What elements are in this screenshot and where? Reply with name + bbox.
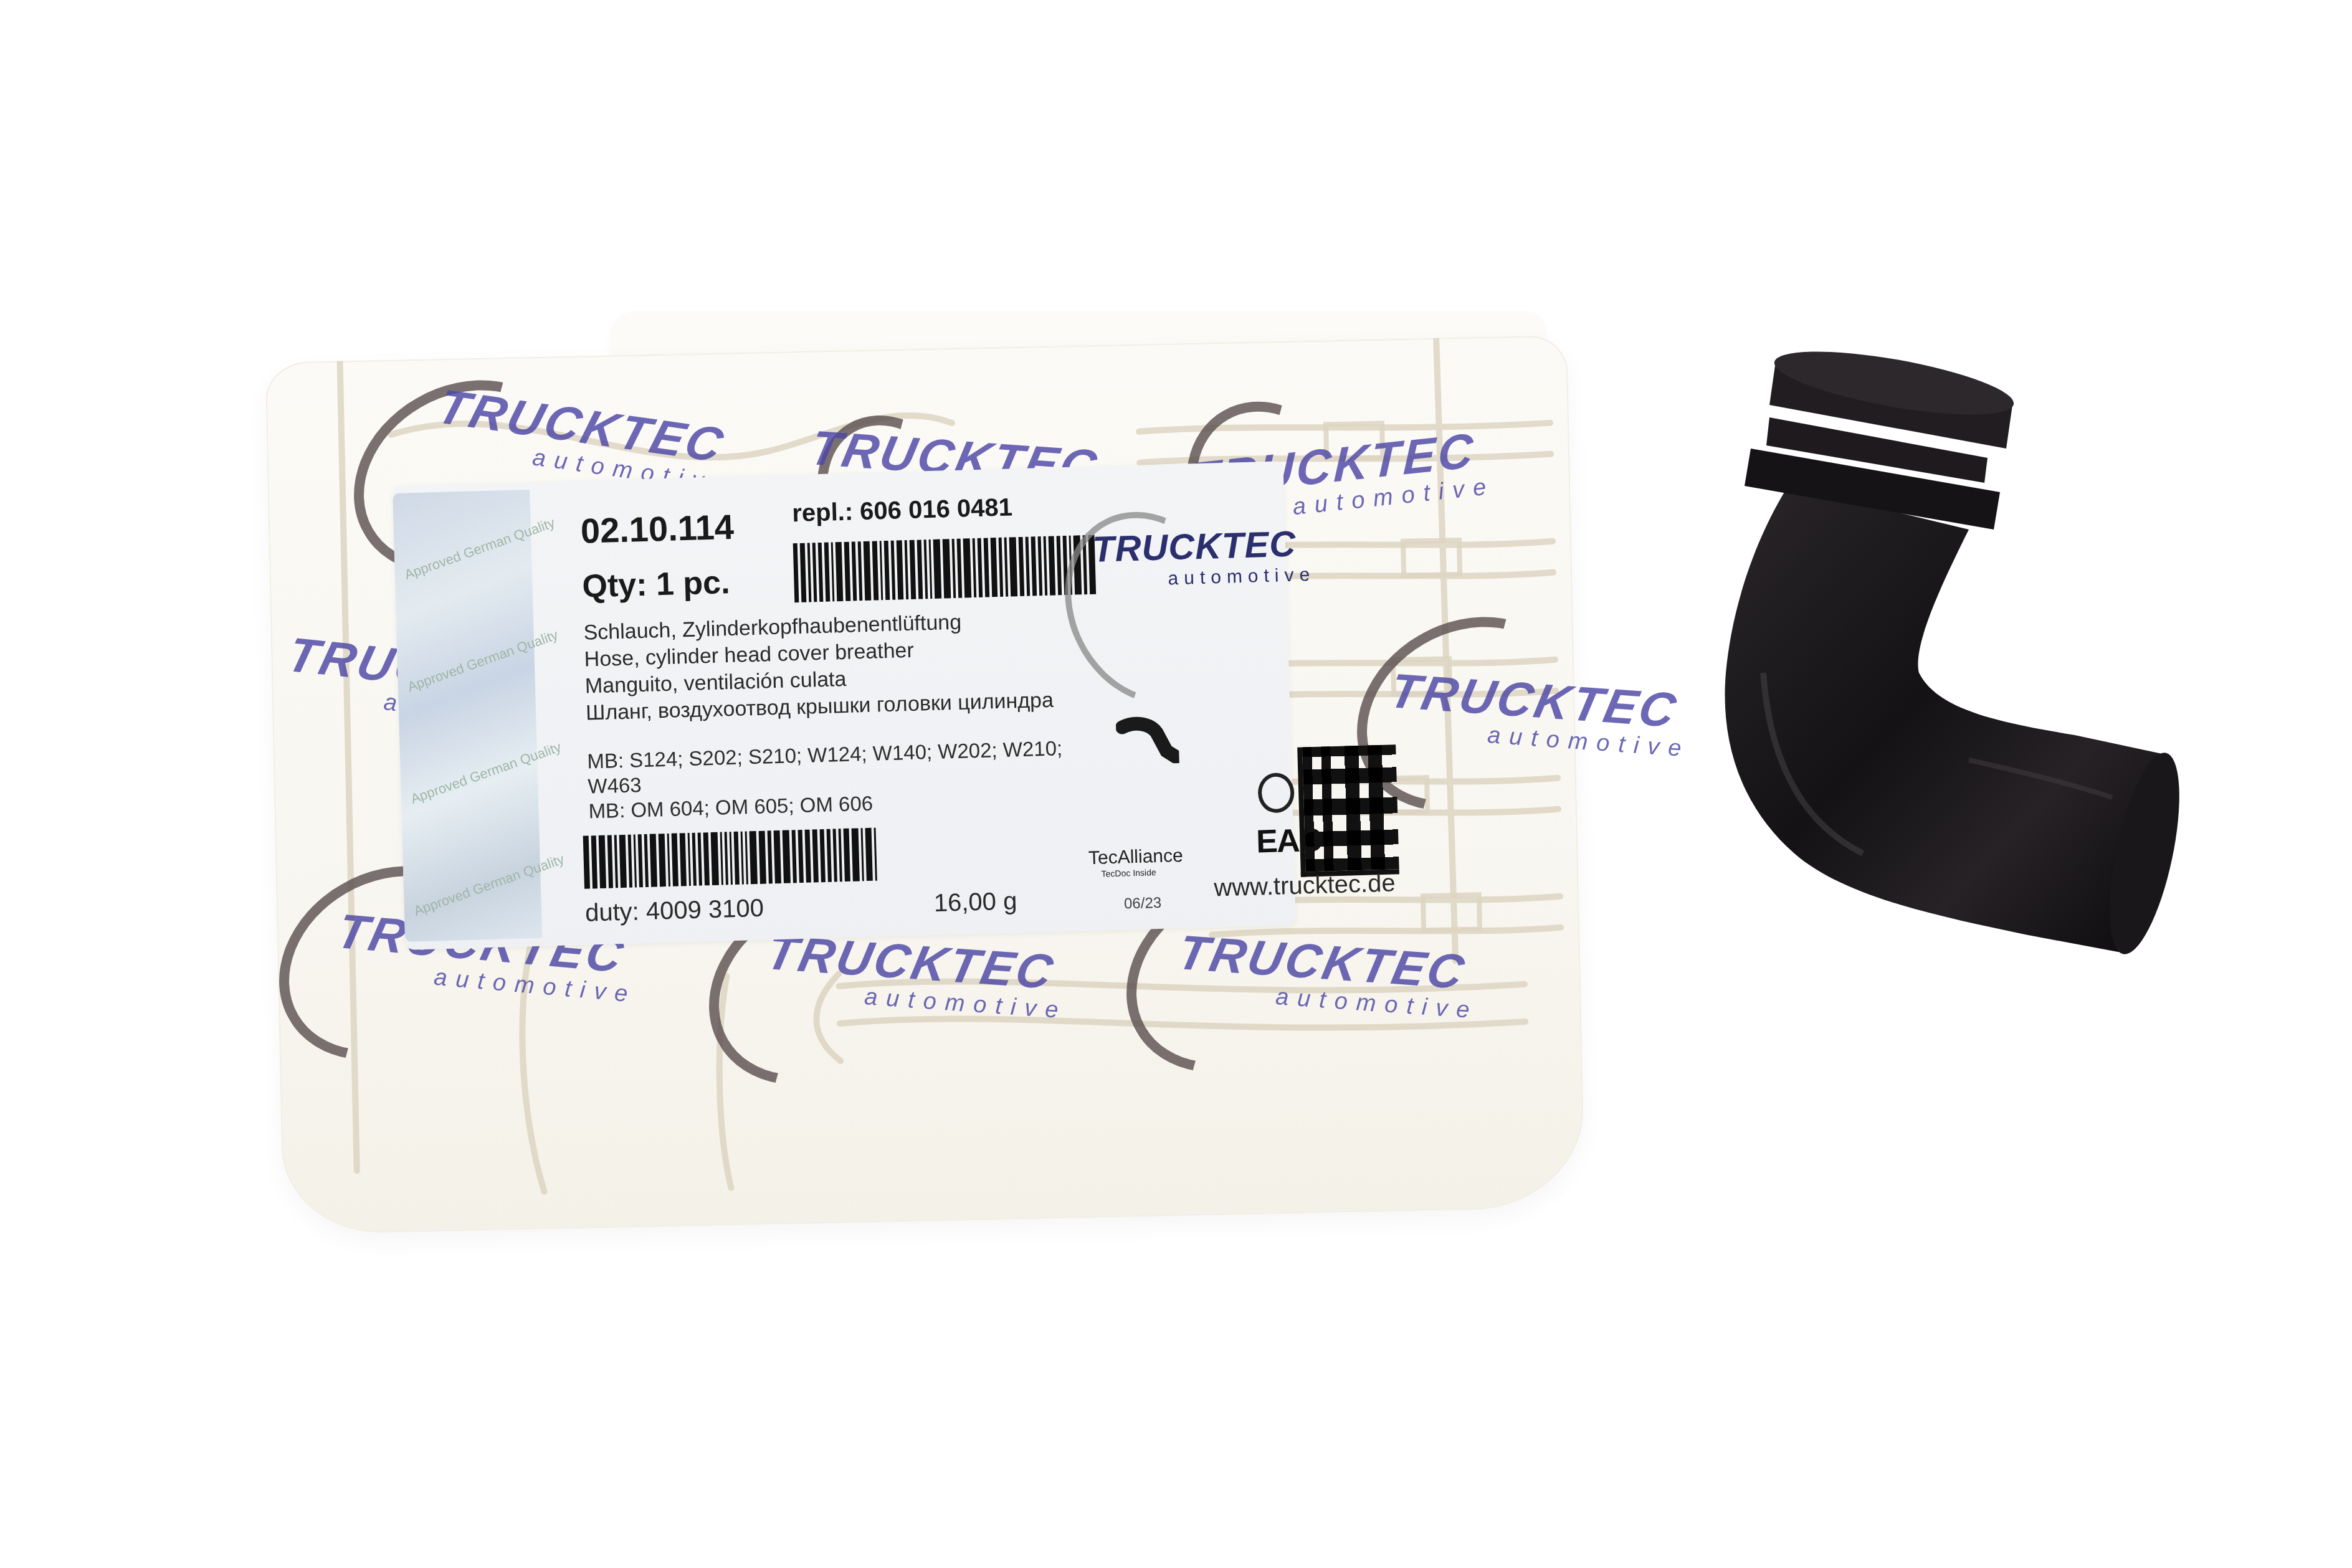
replacement-number: repl.: 606 016 0481: [792, 493, 1013, 528]
barcode-bar: [1009, 537, 1018, 596]
barcode-bar: [858, 541, 863, 601]
barcode-bar: [628, 835, 632, 888]
barcode-bar: [984, 538, 990, 597]
tecalliance-sub: TecDoc Inside: [1101, 867, 1183, 879]
barcode-bar: [659, 834, 666, 886]
barcode-bar: [864, 541, 872, 601]
barcode-bar: [812, 543, 817, 602]
barcode-bottom: [583, 828, 880, 889]
product-photo: TRUCKTEC automotive TRUCKTEC automotive …: [0, 0, 2352, 1568]
barcode-bar: [1004, 538, 1009, 597]
quantity: Qty: 1 pc.: [582, 564, 731, 606]
barcode-bar: [1049, 536, 1056, 595]
barcode-bar: [957, 539, 963, 598]
barcode-bar: [768, 830, 773, 883]
barcode-bar: [730, 832, 733, 885]
barcode-bar: [650, 834, 657, 887]
weight: 16,00 g: [933, 887, 1017, 918]
barcode-bar: [827, 829, 832, 882]
barcode-bar: [844, 542, 851, 601]
hologram-text: Approved German Quality: [402, 515, 557, 583]
tecalliance-logo: TecAlliance TecDoc Inside: [1088, 845, 1184, 879]
barcode-bar: [874, 828, 877, 881]
barcode-bar: [672, 834, 678, 886]
barcode-top: [793, 535, 1098, 603]
barcode-bar: [852, 541, 857, 601]
barcode-bar: [978, 538, 983, 597]
barcode-bar: [820, 829, 826, 882]
barcode-bar: [759, 831, 766, 884]
hologram-text: Approved German Quality: [412, 851, 566, 919]
barcode-bar: [917, 539, 923, 599]
tecalliance-name: TecAlliance: [1088, 845, 1184, 868]
certification-icon: [1257, 772, 1295, 814]
description-es: Manguito, ventilación culata: [584, 667, 847, 699]
barcode-bar: [1026, 537, 1031, 596]
barcode-bar: [774, 830, 781, 883]
barcode-bar: [692, 833, 697, 886]
fitment-vehicles: MB: S124; S202; S210; W124; W140; W202; …: [587, 736, 1063, 773]
barcode-bar: [734, 832, 740, 885]
barcode-bar: [818, 543, 824, 602]
barcode-bar: [607, 835, 613, 888]
brand-sub: automotive: [1168, 564, 1316, 590]
hologram-text: Approved German Quality: [409, 739, 563, 807]
barcode-bar: [599, 835, 606, 888]
barcode-bar: [880, 541, 883, 600]
barcode-bar: [1019, 537, 1025, 596]
barcode-bar: [831, 542, 835, 601]
barcode-bar: [614, 835, 618, 888]
barcode-bar: [793, 543, 799, 602]
barcode-bar: [839, 829, 842, 881]
part-thumbnail-icon: [1116, 713, 1179, 765]
barcode-bar: [929, 539, 933, 599]
barcode-bar: [619, 835, 627, 888]
barcode-bar: [865, 828, 873, 881]
barcode-bar: [667, 834, 670, 886]
barcode-bar: [1057, 536, 1062, 595]
barcode-bar: [973, 538, 977, 597]
brand-logo: TRUCKTEC automotive: [1092, 523, 1315, 592]
customs-code: duty: 4009 3100: [585, 895, 764, 928]
barcode-bar: [807, 543, 812, 602]
hologram-strip: Approved German Quality Approved German …: [393, 490, 542, 942]
barcode-bar: [836, 542, 844, 601]
barcode-bar: [698, 833, 702, 886]
barcode-bar: [999, 538, 1004, 597]
barcode-bar: [861, 828, 864, 881]
barcode-bar: [1044, 536, 1048, 596]
barcode-bar: [634, 834, 637, 887]
barcode-bar: [741, 832, 744, 885]
barcode-bar: [745, 831, 748, 884]
barcode-bar: [905, 540, 909, 599]
barcode-bar: [583, 836, 590, 889]
barcode-bar: [725, 832, 728, 885]
barcode-bar: [963, 538, 972, 597]
barcode-bar: [711, 832, 719, 885]
barcode-bar: [680, 833, 687, 886]
barcode-bar: [638, 834, 643, 887]
barcode-bar: [805, 830, 811, 883]
barcode-bar: [1031, 536, 1037, 596]
barcode-bar: [943, 539, 951, 598]
product-label: Approved German Quality Approved German …: [393, 461, 1296, 950]
barcode-bar: [783, 830, 791, 883]
barcode-bar: [872, 541, 879, 600]
barcode-bar: [750, 831, 758, 884]
barcode-bar: [800, 543, 807, 602]
barcode-bar: [1038, 536, 1043, 596]
eac-mark: EAC: [1256, 822, 1321, 861]
barcode-bar: [833, 829, 837, 881]
barcode-bar: [591, 835, 598, 888]
barcode-bar: [924, 539, 928, 599]
watermark-brand: TRUCKTEC: [1384, 663, 1698, 740]
barcode-bar: [933, 539, 942, 599]
barcode-bar: [897, 540, 904, 599]
barcode-bar: [798, 830, 804, 883]
barcode-bar: [824, 543, 831, 602]
breather-hose: [1676, 324, 2212, 1022]
barcode-bar: [812, 829, 819, 882]
barcode-bar: [688, 833, 691, 886]
barcode-bar: [644, 834, 649, 887]
barcode-bar: [792, 830, 797, 883]
barcode-bar: [891, 541, 896, 600]
date-code: 06/23: [1124, 895, 1162, 913]
barcode-bar: [910, 540, 917, 599]
brand-ring-icon: [1033, 483, 1267, 734]
fitment-vehicles-cont: W463: [588, 773, 642, 798]
brand-name: TRUCKTEC: [1092, 523, 1315, 571]
barcode-bar: [720, 832, 723, 885]
barcode-bar: [852, 828, 860, 881]
hologram-text: Approved German Quality: [406, 627, 560, 695]
website: www.trucktec.de: [1214, 869, 1396, 902]
barcode-bar: [844, 829, 850, 881]
barcode-bar: [703, 832, 710, 885]
barcode-bar: [884, 541, 890, 600]
barcode-bar: [991, 538, 998, 597]
part-number: 02.10.114: [580, 506, 735, 551]
barcode-bar: [952, 539, 956, 598]
